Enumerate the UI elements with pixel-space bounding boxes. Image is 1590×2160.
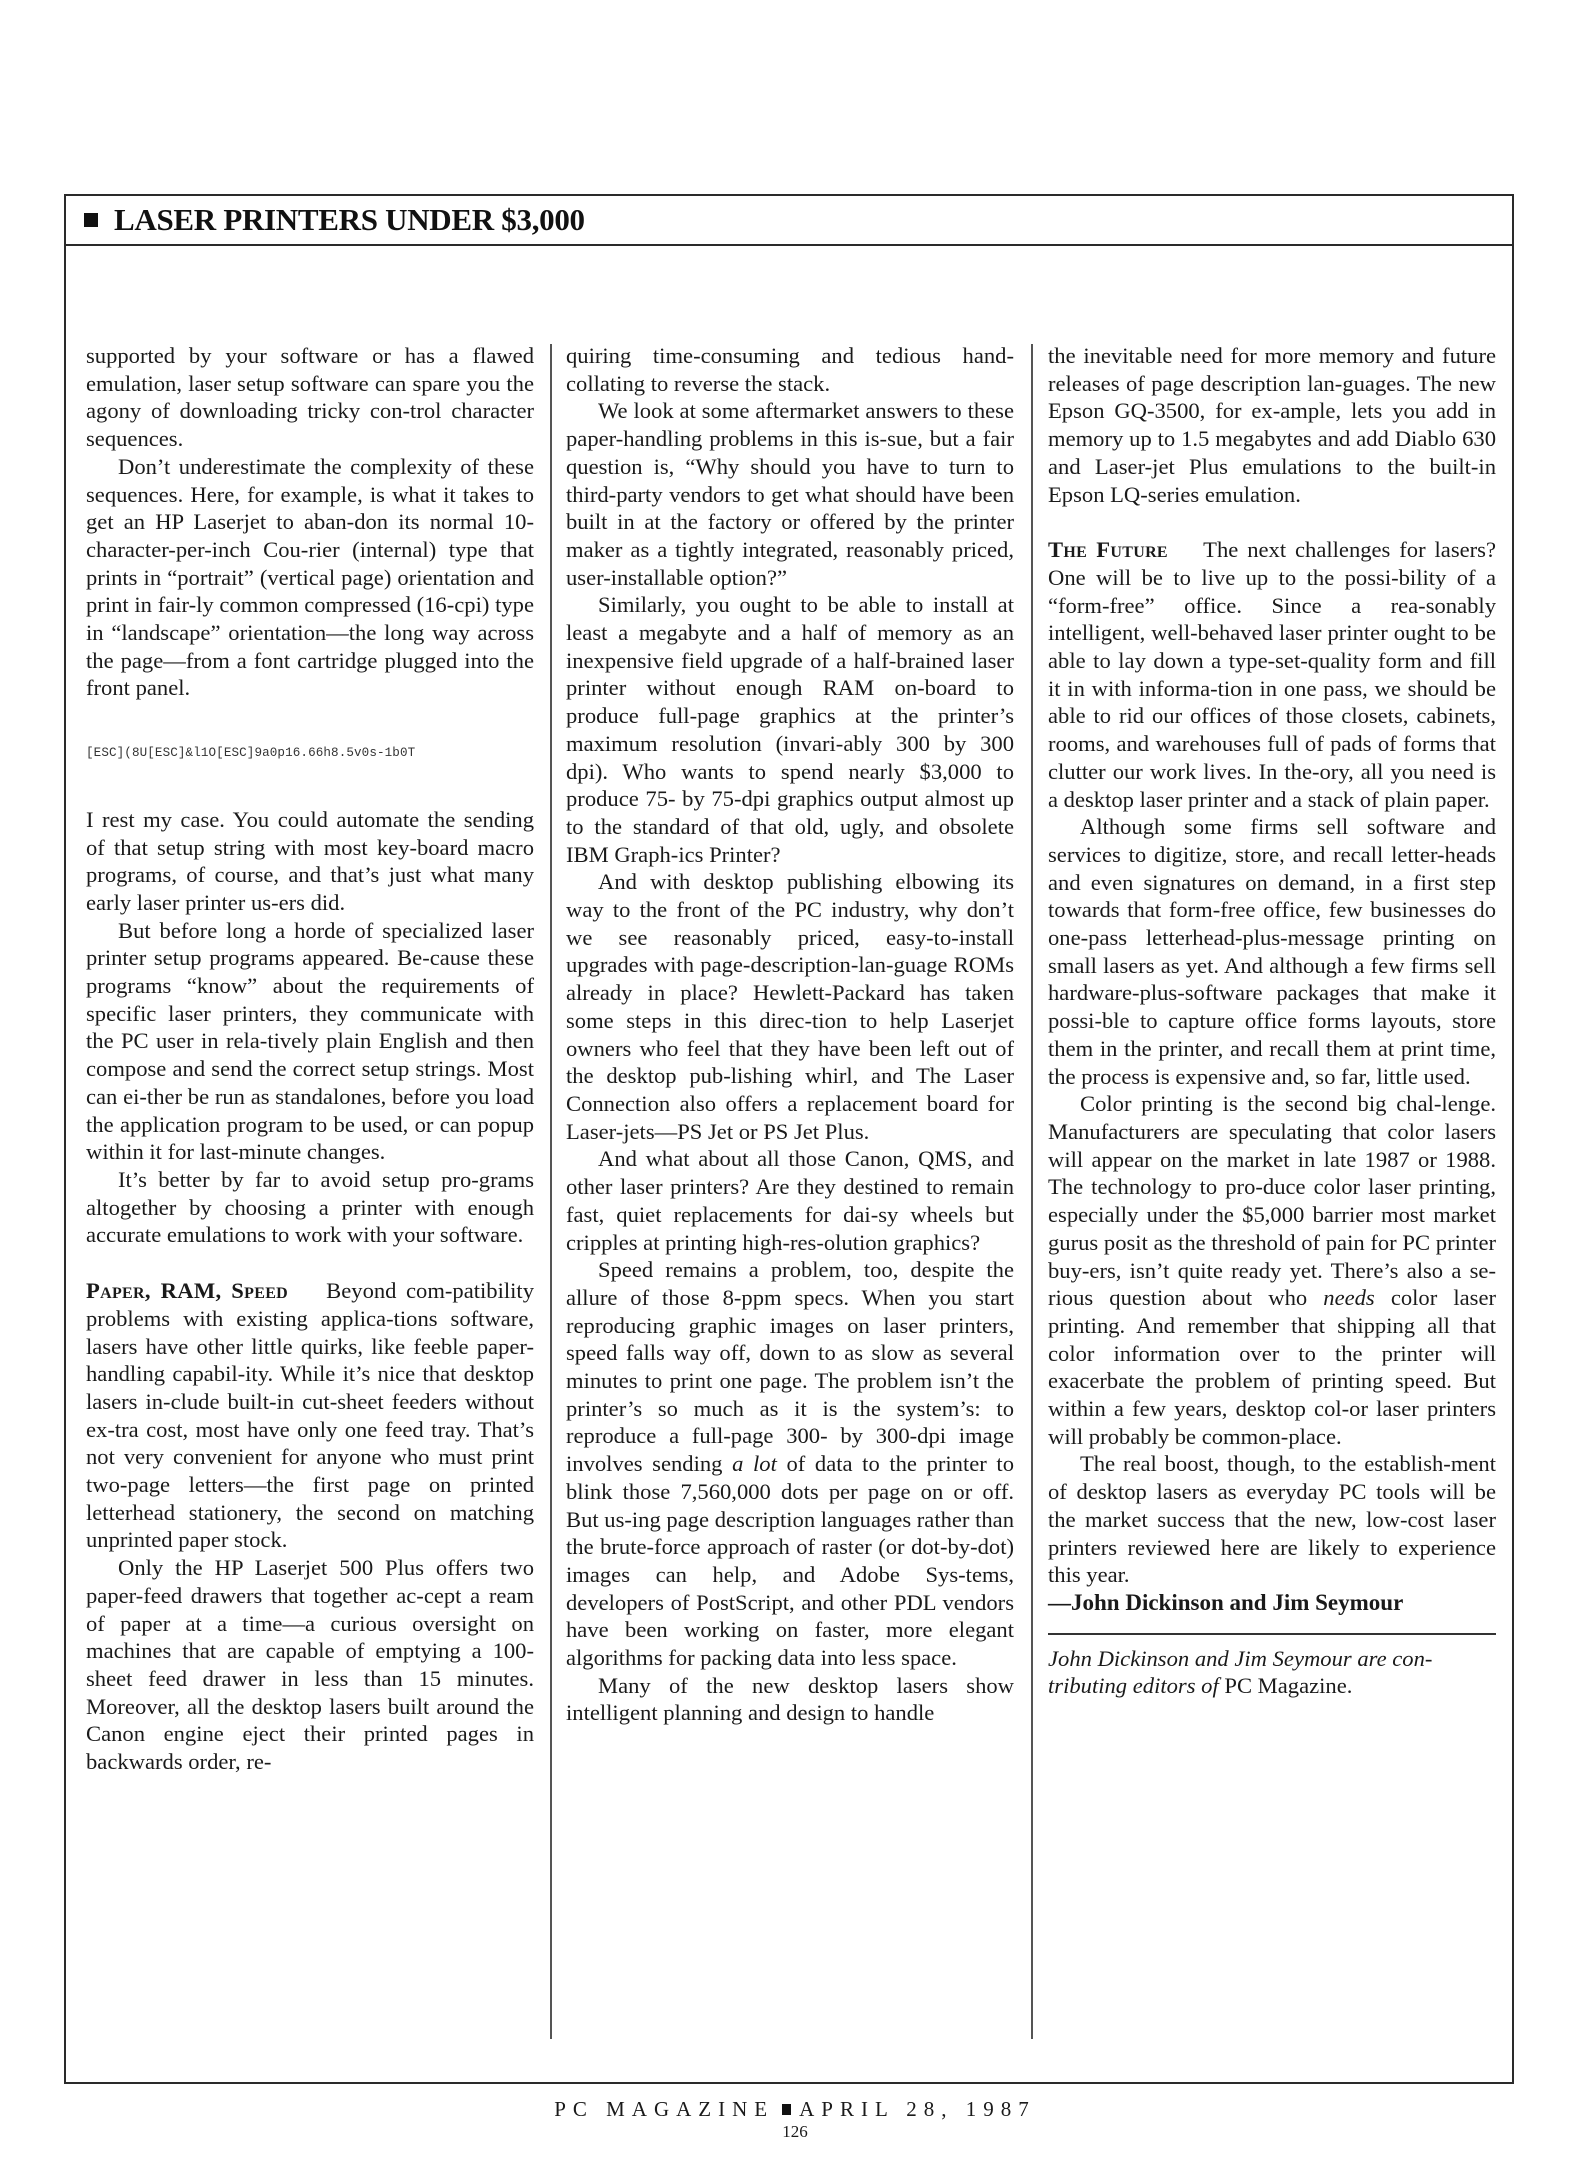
square-bullet-icon [84, 213, 98, 227]
paragraph: But before long a horde of specialized l… [86, 917, 534, 1166]
subhead-the-future: The Future [1048, 537, 1168, 562]
paragraph: the inevitable need for more memory and … [1048, 342, 1496, 508]
publication-name: PC MAGAZINE [554, 2097, 774, 2121]
paragraph: Color printing is the second big chal-le… [1048, 1090, 1496, 1450]
paragraph: We look at some aftermarket answers to t… [566, 397, 1014, 591]
author-note: John Dickinson and Jim Seymour are con-t… [1048, 1633, 1496, 1700]
paragraph: And with desktop publishing elbowing its… [566, 868, 1014, 1145]
page-number: 126 [0, 2122, 1590, 2142]
paragraph: Similarly, you ought to be able to insta… [566, 591, 1014, 868]
paragraph: It’s better by far to avoid setup pro-gr… [86, 1166, 534, 1249]
paragraph: supported by your software or has a flaw… [86, 342, 534, 453]
paragraph: And what about all those Canon, QMS, and… [566, 1145, 1014, 1256]
paragraph: quiring time-consuming and tedious hand-… [566, 342, 1014, 397]
paragraph: Speed remains a problem, too, despite th… [566, 1256, 1014, 1672]
column-1: supported by your software or has a flaw… [86, 342, 534, 1776]
column-divider [1031, 344, 1033, 2039]
square-separator-icon [782, 2104, 791, 2115]
column-2: quiring time-consuming and tedious hand-… [566, 342, 1014, 1727]
issue-date: APRIL 28, 1987 [799, 2097, 1036, 2121]
subhead-paper-ram-speed: Paper, RAM, Speed [86, 1278, 288, 1303]
page-footer: PC MAGAZINEAPRIL 28, 1987 [0, 2097, 1590, 2122]
column-3: the inevitable need for more memory and … [1048, 342, 1496, 1700]
article-frame: LASER PRINTERS UNDER $3,000 supported by… [64, 194, 1514, 2084]
paragraph: I rest my case. You could automate the s… [86, 806, 534, 917]
paragraph: Many of the new desktop lasers show inte… [566, 1672, 1014, 1727]
paragraph: The real boost, though, to the establish… [1048, 1450, 1496, 1589]
paragraph: Don’t underestimate the complexity of th… [86, 453, 534, 702]
escape-code-sample: [ESC](8U[ESC]&l1O[ESC]9a0p16.66h8.5v0s-1… [86, 740, 534, 768]
section-title: LASER PRINTERS UNDER $3,000 [114, 202, 585, 238]
paragraph: Paper, RAM, Speed Beyond com-patibility … [86, 1277, 534, 1554]
paragraph: Only the HP Laserjet 500 Plus offers two… [86, 1554, 534, 1776]
author-byline: —John Dickinson and Jim Seymour [1048, 1589, 1496, 1617]
column-divider [550, 344, 552, 2039]
paragraph: Although some firms sell software and se… [1048, 813, 1496, 1090]
section-header: LASER PRINTERS UNDER $3,000 [66, 196, 1512, 246]
paragraph: The Future The next challenges for laser… [1048, 536, 1496, 813]
